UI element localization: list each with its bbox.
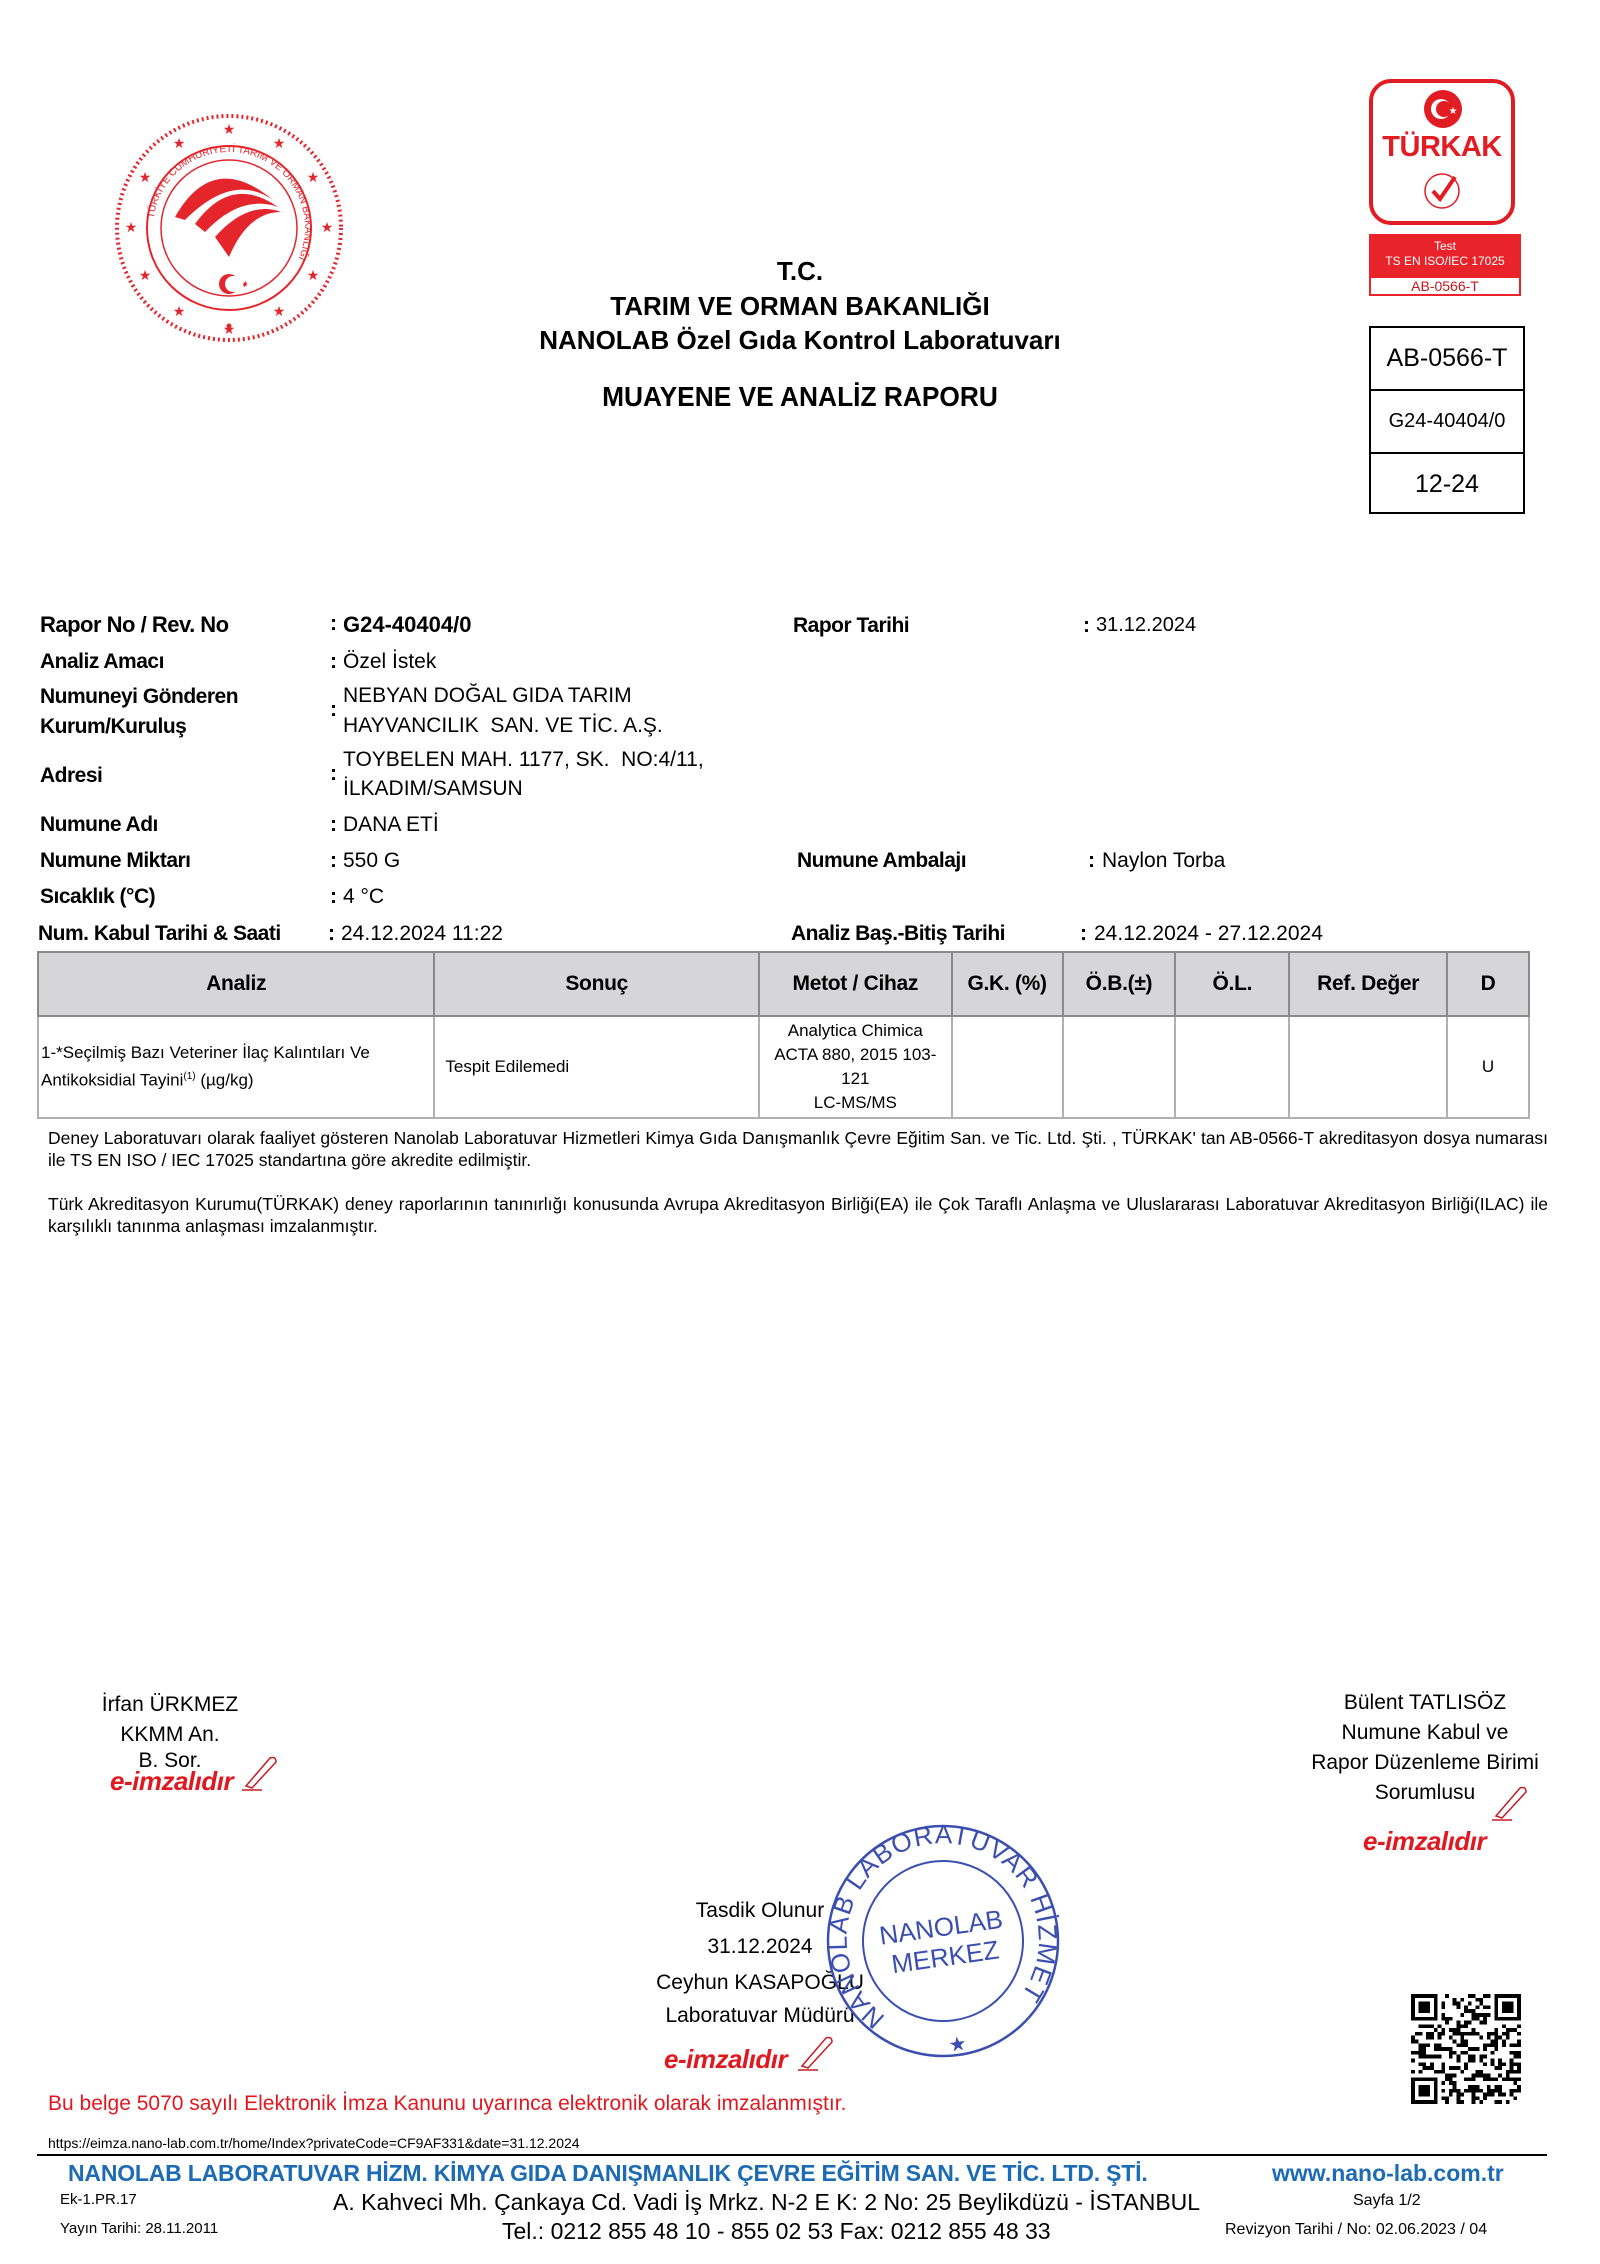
analiz-line-2: Antikoksidial Tayini(1) (µg/kg) [41, 1065, 433, 1093]
label-rapor-tarihi: Rapor Tarihi [793, 614, 909, 638]
value-numune-adi: DANA ETİ [343, 813, 439, 837]
signer-title: Numune Kabul ve [1290, 1718, 1560, 1748]
colon: : [330, 885, 337, 909]
cell-metot: Analytica Chimica ACTA 880, 2015 103- 12… [759, 1016, 952, 1118]
turkak-brand: TÜRKAK [1373, 131, 1511, 164]
cell-gk [952, 1016, 1063, 1118]
company-phone: Tel.: 0212 855 48 10 - 855 02 53 Fax: 02… [502, 2218, 1051, 2245]
turkak-type: Test [1369, 239, 1521, 254]
label-kabul: Num. Kabul Tarihi & Saati [38, 922, 281, 946]
turkak-logo-frame: ★ TÜRKAK [1369, 79, 1515, 225]
col-ob: Ö.B.(±) [1063, 952, 1176, 1016]
value-rapor-no: G24-40404/0 [343, 612, 471, 638]
legal-esign-notice: Bu belge 5070 sayılı Elektronik İmza Kan… [48, 2092, 846, 2116]
website-link[interactable]: www.nano-lab.com.tr [1272, 2160, 1504, 2187]
table-row: 1-*Seçilmiş Bazı Veteriner İlaç Kalıntıl… [38, 1016, 1529, 1118]
col-ref: Ref. Değer [1289, 952, 1447, 1016]
accreditation-note: Deney Laboratuvarı olarak faaliyet göste… [48, 1127, 1548, 1171]
svg-text:★: ★ [307, 169, 320, 185]
svg-text:★: ★ [1449, 106, 1458, 117]
svg-text:★: ★ [223, 121, 236, 137]
colon: : [330, 612, 337, 636]
colon: : [1088, 849, 1095, 873]
colon: : [330, 650, 337, 674]
label-numune-ambalaji: Numune Ambalajı [797, 849, 966, 873]
signer-title: Rapor Düzenleme Birimi [1290, 1748, 1560, 1778]
value-sicaklik: 4 °C [343, 885, 384, 909]
recognition-note: Türk Akreditasyon Kurumu(TÜRKAK) deney r… [48, 1193, 1548, 1237]
crescent-star-icon: ★ [1423, 89, 1463, 129]
label-sicaklik: Sıcaklık (°C) [40, 885, 155, 909]
header-ministry: TARIM VE ORMAN BAKANLIĞI [0, 291, 1600, 322]
cell-d: U [1447, 1016, 1529, 1118]
label-rapor-no: Rapor No / Rev. No [40, 612, 229, 638]
pen-icon [240, 1752, 280, 1792]
cell-analiz: 1-*Seçilmiş Bazı Veteriner İlaç Kalıntıl… [38, 1016, 434, 1118]
colon: : [1080, 922, 1087, 946]
svg-text:★: ★ [947, 2033, 968, 2057]
col-metot: Metot / Cihaz [759, 952, 952, 1016]
ref-period: 12-24 [1371, 454, 1523, 515]
col-sonuc: Sonuç [434, 952, 759, 1016]
svg-text:★: ★ [273, 135, 286, 151]
label-numune-miktari: Numune Miktarı [40, 849, 191, 873]
footer-divider [37, 2154, 1547, 2156]
svg-text:★: ★ [173, 135, 186, 151]
analiz-name: Antikoksidial Tayini [41, 1071, 183, 1090]
signature-left: İrfan ÜRKMEZ KKMM An. B. Sor. [80, 1690, 260, 1772]
metot-line-1: Analytica Chimica [760, 1019, 951, 1043]
esign-label-right: e-imzalıdır [1363, 1826, 1486, 1857]
signer-title: KKMM An. [80, 1720, 260, 1750]
analiz-footnote: (1) [183, 1071, 195, 1082]
value-gonderen-1: NEBYAN DOĞAL GIDA TARIM [343, 684, 632, 708]
col-gk: G.K. (%) [952, 952, 1063, 1016]
report-title: MUAYENE VE ANALİZ RAPORU [48, 381, 1552, 413]
value-gonderen-2: HAYVANCILIK SAN. VE TİC. A.Ş. [343, 714, 663, 738]
publication-date: Yayın Tarihi: 28.11.2011 [60, 2220, 218, 2237]
colon: : [330, 813, 337, 837]
value-adres-2: İLKADIM/SAMSUN [343, 777, 523, 801]
col-d: D [1447, 952, 1529, 1016]
cell-ol [1175, 1016, 1289, 1118]
company-name: NANOLAB LABORATUVAR HİZM. KİMYA GIDA DAN… [68, 2160, 1148, 2187]
label-gonderen-1: Numuneyi Gönderen [40, 685, 238, 709]
table-header-row: Analiz Sonuç Metot / Cihaz G.K. (%) Ö.B.… [38, 952, 1529, 1016]
label-analiz-tarih: Analiz Baş.-Bitiş Tarihi [791, 922, 1005, 946]
svg-text:★: ★ [125, 219, 138, 235]
colon: : [330, 762, 337, 786]
check-icon [1422, 171, 1462, 211]
company-address: A. Kahveci Mh. Çankaya Cd. Vadi İş Mrkz.… [333, 2189, 1200, 2216]
lab-stamp-icon: NANOLAB LABORATUVAR HİZMETLERİ NANOLAB M… [820, 1818, 1066, 2064]
value-numune-ambalaji: Naylon Torba [1102, 849, 1225, 873]
esign-label-center: e-imzalıdır [664, 2044, 787, 2075]
metot-line-2: ACTA 880, 2015 103- [760, 1043, 951, 1067]
cell-ref [1289, 1016, 1447, 1118]
revision-info: Revizyon Tarihi / No: 02.06.2023 / 04 [1225, 2221, 1487, 2239]
svg-text:★: ★ [139, 169, 152, 185]
esign-label-left: e-imzalıdır [110, 1766, 233, 1797]
value-rapor-tarihi: 31.12.2024 [1096, 614, 1196, 637]
label-numune-adi: Numune Adı [40, 813, 158, 837]
header-lab: NANOLAB Özel Gıda Kontrol Laboratuvarı [0, 325, 1600, 356]
value-numune-miktari: 550 G [343, 849, 400, 873]
metot-line-3: 121 [760, 1067, 951, 1091]
colon: : [1083, 614, 1090, 638]
form-number: Ek-1.PR.17 [60, 2191, 137, 2208]
value-analiz-tarih: 24.12.2024 - 27.12.2024 [1094, 922, 1323, 946]
signer-name: İrfan ÜRKMEZ [80, 1690, 260, 1720]
label-adres: Adresi [40, 764, 102, 788]
svg-text:★: ★ [321, 219, 334, 235]
analiz-line-1: 1-*Seçilmiş Bazı Veteriner İlaç Kalıntıl… [41, 1041, 433, 1065]
header-tc: T.C. [0, 256, 1600, 287]
col-analiz: Analiz [38, 952, 434, 1016]
cell-sonuc: Tespit Edilemedi [434, 1016, 759, 1118]
value-analiz-amaci: Özel İstek [343, 650, 436, 674]
qr-code[interactable] [1411, 1994, 1521, 2104]
results-table: Analiz Sonuç Metot / Cihaz G.K. (%) Ö.B.… [37, 951, 1530, 1119]
signer-name: Bülent TATLISÖZ [1290, 1688, 1560, 1718]
analiz-unit: (µg/kg) [196, 1071, 254, 1090]
page-number: Sayfa 1/2 [1353, 2192, 1421, 2210]
label-analiz-amaci: Analiz Amacı [40, 650, 164, 674]
value-kabul: 24.12.2024 11:22 [341, 922, 503, 946]
cell-ob [1063, 1016, 1176, 1118]
label-gonderen-2: Kurum/Kuruluş [40, 715, 186, 739]
metot-line-4: LC-MS/MS [760, 1091, 951, 1115]
col-ol: Ö.L. [1175, 952, 1289, 1016]
colon: : [330, 698, 337, 722]
colon: : [328, 922, 335, 946]
pen-icon [1490, 1782, 1530, 1822]
verification-link[interactable]: https://eimza.nano-lab.com.tr/home/Index… [48, 2135, 580, 2151]
colon: : [330, 849, 337, 873]
value-adres-1: TOYBELEN MAH. 1177, SK. NO:4/11, [343, 748, 704, 772]
